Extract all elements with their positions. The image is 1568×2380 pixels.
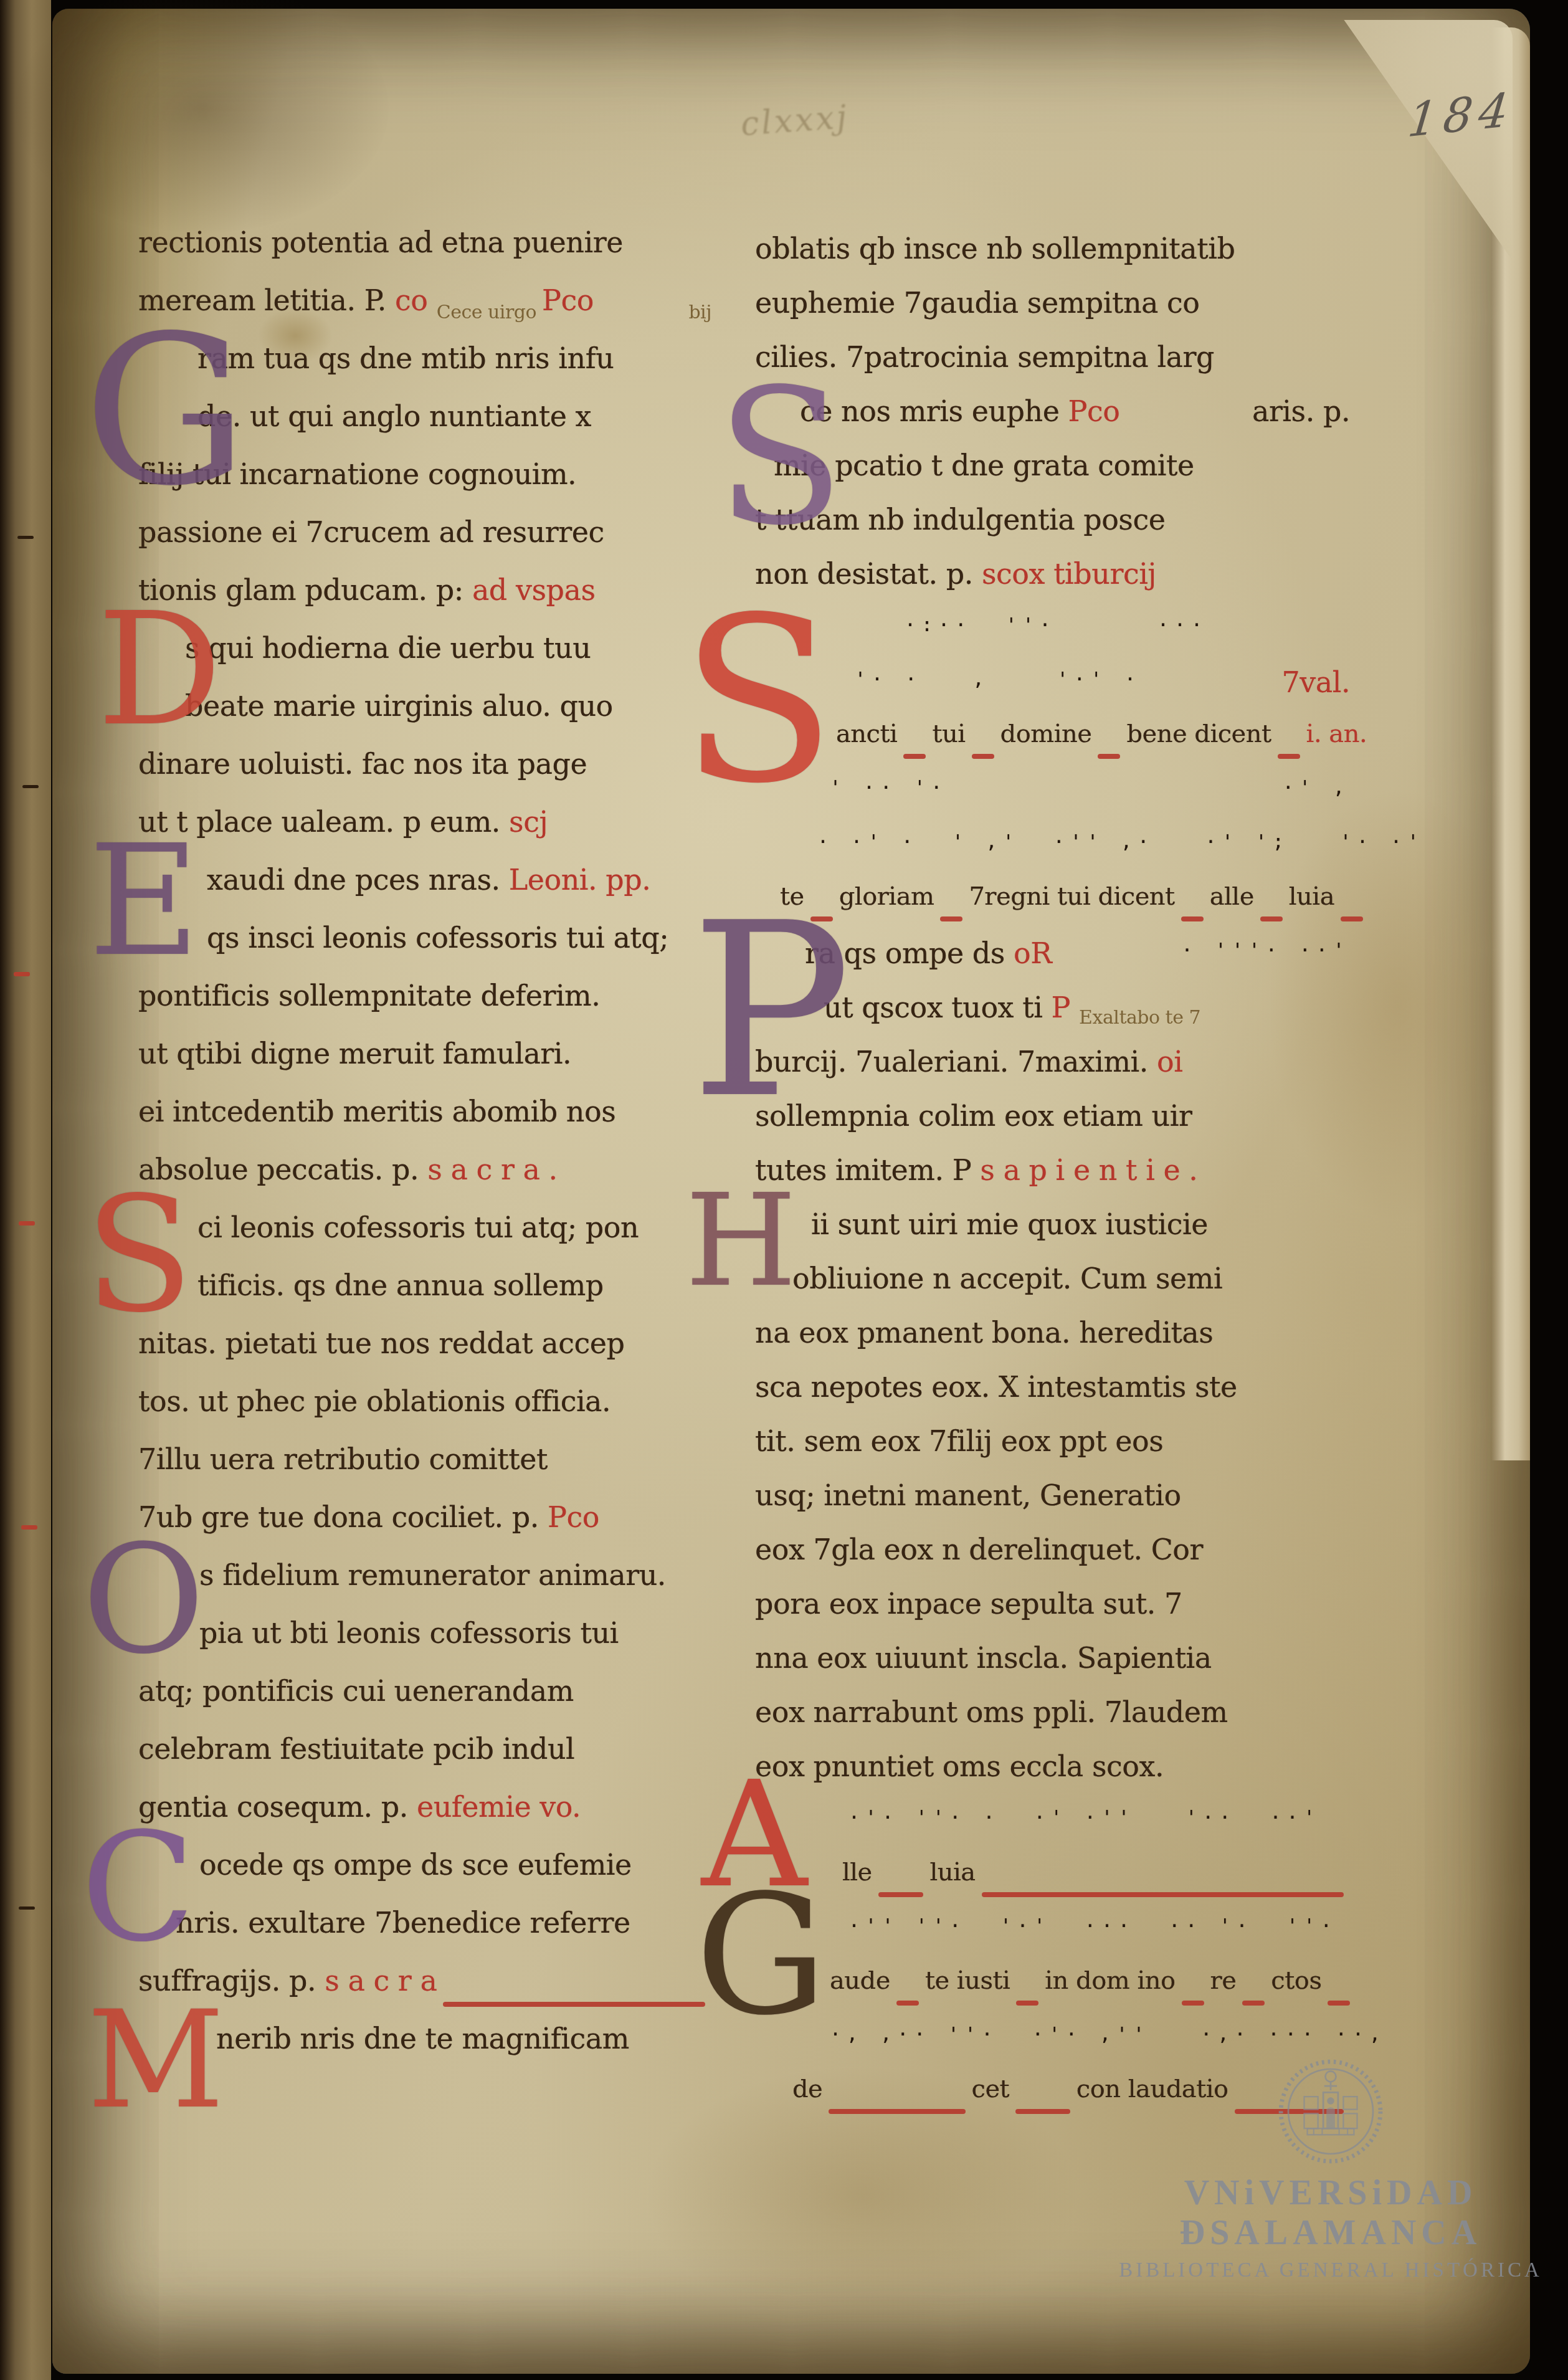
chant-extender-line: [896, 2001, 919, 2006]
manuscript-line: ' ·· '··' ,: [755, 774, 1350, 828]
facing-page-ink-mark: [19, 1906, 35, 1910]
chant-extender-line: [1016, 2001, 1038, 2006]
latin-text: in dom ino: [1045, 1966, 1175, 1995]
latin-text: eox 7gla eox n derelinquet. Cor: [755, 1533, 1203, 1566]
chant-extender-line: [1341, 916, 1363, 921]
rubric: P: [1052, 991, 1080, 1024]
rubric: Pco: [548, 1500, 599, 1534]
rubric: Pco: [542, 283, 594, 317]
latin-text: obliuione n accepit. Cum semi: [792, 1262, 1222, 1295]
manuscript-line: atq; pontificis cui uenerandam: [138, 1674, 711, 1732]
parchment-stain: [15, 0, 389, 233]
manuscript-line: '· · , '·' ·7val.: [755, 665, 1350, 720]
rubric: i. an.: [1306, 720, 1367, 748]
latin-text: nna eox uiuunt inscla. Sapientia: [755, 1641, 1212, 1675]
latin-text: ci leonis cofessoris tui atq; pon: [197, 1211, 639, 1244]
library-watermark: VNiVERSiDAD ĐSALAMANCA BIBLIOTECA GENERA…: [1119, 2059, 1542, 2282]
neume-row: ·'' ''· '·' ··· ·· '· ''·: [848, 1912, 1338, 1936]
manuscript-line: eox narrabunt oms ppli. 7laudem: [755, 1695, 1350, 1749]
university-seal-icon: [1278, 2059, 1384, 2164]
manuscript-line: tionis glam pducam. p: ad vspas: [138, 573, 711, 631]
latin-text: nitas. pietati tue nos reddat accep: [138, 1326, 624, 1360]
facing-page-ink-mark: [17, 536, 34, 539]
latin-text: ii sunt uiri mie quox iusticie: [811, 1207, 1208, 1241]
manuscript-line: ii sunt uiri mie quox iusticie: [755, 1207, 1350, 1262]
rubric: s a c r a: [325, 1964, 437, 1997]
latin-text: de: [792, 2075, 822, 2103]
manuscript-line: na eox pmanent bona. hereditas: [755, 1316, 1350, 1370]
latin-text: ei intcedentib meritis abomib nos: [138, 1095, 615, 1128]
manuscript-line: ci leonis cofessoris tui atq; pon: [138, 1211, 711, 1269]
latin-text: oblatis qb insce nb sollempnitatib: [755, 232, 1235, 265]
latin-text: domine: [1000, 720, 1092, 748]
manuscript-line: pontificis sollempnitate deferim.: [138, 979, 711, 1037]
latin-text: 7regni tui dicent: [969, 882, 1174, 911]
latin-text: aris. p.: [1252, 394, 1350, 428]
rubric: Pco: [1068, 394, 1119, 428]
manuscript-line: xaudi dne pces nras. Leoni. pp.: [138, 863, 711, 921]
latin-text: aude: [830, 1966, 890, 1995]
latin-text: xaudi dne pces nras.: [207, 863, 509, 897]
manuscript-line: audete iustiin dom inorectos: [755, 1966, 1350, 2021]
latin-text: euphemie 7gaudia sempitna co: [755, 286, 1200, 320]
manuscript-line: lleluia: [755, 1858, 1350, 1912]
rubric: ad vspas: [472, 573, 596, 607]
manuscript-line: absolue peccatis. p. s a c r a .: [138, 1153, 711, 1211]
rubric: Leoni. pp.: [509, 863, 651, 897]
latin-text: alle: [1210, 882, 1254, 911]
chant-extender-line: [810, 916, 833, 921]
manuscript-line: 7ub gre tue dona cociliet. p. Pco: [138, 1500, 711, 1558]
manuscript-line: tutes imitem. P s a p i e n t i e .: [755, 1153, 1350, 1207]
rubric: 7val.: [1281, 665, 1350, 699]
manuscript-line: dinare uoluisti. fac nos ita page: [138, 747, 711, 805]
manuscript-line: celebram festiuitate pcib indul: [138, 1732, 711, 1790]
latin-text: cet: [972, 2075, 1010, 2103]
latin-text: eox narrabunt oms ppli. 7laudem: [755, 1695, 1228, 1729]
latin-text: ctos: [1271, 1966, 1321, 1995]
manuscript-line: ·'' ''· '·' ··· ·· '· ''·: [755, 1912, 1350, 1966]
latin-text: celebram festiuitate pcib indul: [138, 1732, 574, 1766]
rubric: scox tiburcij: [982, 557, 1156, 591]
chant-extender-line: [1182, 2001, 1204, 2006]
chant-extender-line: [1015, 2109, 1070, 2114]
latin-text: ocede qs ompe ds sce eufemie: [199, 1848, 632, 1882]
text-column-left: GDESOCMrectionis potentia ad etna puenir…: [138, 226, 711, 2080]
illuminated-initial: P: [690, 903, 852, 1120]
illuminated-initial: O: [82, 1533, 205, 1667]
manuscript-page: clxxxj 184 GDESOCMrectionis potentia ad …: [52, 9, 1530, 2374]
rubric: oi: [1157, 1045, 1182, 1078]
latin-text: ram tua qs dne mtib nris infu: [197, 341, 614, 375]
latin-text: de. ut qui anglo nuntiante x: [197, 399, 591, 433]
neume-row: ·, ,·· ''· ·'· ,'' ·,· ··· ··,: [830, 2021, 1386, 2044]
latin-text: re: [1210, 1966, 1237, 1995]
manuscript-line: s fidelium remunerator animaru.: [138, 1558, 711, 1616]
illuminated-initial: E: [88, 833, 200, 971]
latin-text: pora eox inpace sepulta sut. 7: [755, 1587, 1182, 1621]
latin-text: tos. ut phec pie oblationis officia.: [138, 1384, 611, 1418]
manuscript-line: pora eox inpace sepulta sut. 7: [755, 1587, 1350, 1641]
manuscript-line: rectionis potentia ad etna puenire: [138, 226, 711, 283]
chant-extender-line: [1278, 754, 1300, 759]
rubric: s a c r a .: [427, 1153, 557, 1186]
latin-text: gloriam: [839, 882, 934, 911]
latin-text: rectionis potentia ad etna puenire: [138, 226, 623, 259]
chant-extender-line: [1328, 2001, 1350, 2006]
latin-text: tificis. qs dne annua sollemp: [197, 1269, 604, 1302]
latin-text: eox pnuntiet oms eccla scox.: [755, 1749, 1164, 1783]
neume-row: '· · , '·' ·: [855, 665, 1141, 689]
manuscript-line: ocede qs ompe ds sce eufemie: [138, 1848, 711, 1906]
manuscript-line: s qui hodierna die uerbu tuu: [138, 631, 711, 689]
text-column-right: SSPHAGoblatis qb insce nb sollempnitatib…: [755, 232, 1350, 2129]
rubric: eufemie vo.: [417, 1790, 581, 1824]
chant-extender-line: [1242, 2001, 1265, 2006]
illuminated-initial: G: [83, 319, 248, 504]
facing-page-red-mark: [19, 1221, 35, 1226]
latin-text: beate marie uirginis aluo. quo: [185, 689, 613, 723]
illuminated-initial: S: [85, 1184, 194, 1327]
spacer: [948, 774, 1282, 828]
manuscript-line: sca nepotes eox. X intestamtis ste: [755, 1370, 1350, 1424]
watermark-line-1: VNiVERSiDAD: [1119, 2173, 1542, 2213]
latin-text: nerib nris dne te magnificam: [216, 2022, 629, 2055]
manuscript-line: nna eox uiuunt inscla. Sapientia: [755, 1641, 1350, 1695]
chant-extender-line: [443, 2002, 705, 2007]
latin-text: na eox pmanent bona. hereditas: [755, 1316, 1213, 1349]
illuminated-initial: S: [680, 599, 836, 804]
latin-text: luia: [1289, 882, 1334, 911]
manuscript-line: nris. exultare 7benedice referre: [138, 1906, 711, 1964]
illuminated-initial: S: [716, 374, 845, 542]
chant-extender-line: [878, 1892, 924, 1897]
chant-extender-line: [829, 2109, 965, 2114]
latin-text: bene dicent: [1126, 720, 1271, 748]
latin-text: qs insci leonis cofessoris tui atq;: [207, 921, 668, 954]
latin-text: usq; inetni manent, Generatio: [755, 1478, 1181, 1512]
manuscript-line: pia ut bti leonis cofessoris tui: [138, 1616, 711, 1674]
manuscript-line: qs insci leonis cofessoris tui atq;: [138, 921, 711, 979]
manuscript-line: gentia cosequm. p. eufemie vo.: [138, 1790, 711, 1848]
manuscript-line: anctituidominebene dicenti. an.: [755, 720, 1350, 774]
manuscript-line: ut qtibi digne meruit famulari.: [138, 1037, 711, 1095]
manuscript-line: ·'· ''· · ·' ·'' '·· ··': [755, 1804, 1350, 1858]
spacer: [594, 283, 688, 341]
manuscript-photo: clxxxj 184 GDESOCMrectionis potentia ad …: [0, 0, 1568, 2380]
manuscript-line: tos. ut phec pie oblationis officia.: [138, 1384, 711, 1442]
neume-row: ·'· ''· · ·' ·'' '·· ··': [848, 1804, 1321, 1827]
latin-text: ut qscox tuox ti: [824, 991, 1052, 1024]
manuscript-line: ut t place ualeam. p eum. scj: [138, 805, 711, 863]
chant-extender-line: [1098, 754, 1120, 759]
rubric: oR: [1014, 936, 1052, 970]
facing-page-ink-mark: [22, 785, 39, 788]
latin-text: s qui hodierna die uerbu tuu: [185, 631, 591, 665]
manuscript-line: usq; inetni manent, Generatio: [755, 1478, 1350, 1533]
latin-text: tit. sem eox 7filij eox ppt eos: [755, 1424, 1163, 1458]
latin-text: pia ut bti leonis cofessoris tui: [199, 1616, 619, 1650]
rubric: scj: [509, 805, 548, 839]
chant-extender-line: [982, 1892, 1344, 1897]
illuminated-initial: G: [695, 1882, 827, 2030]
manuscript-line: ei intcedentib meritis abomib nos: [138, 1095, 711, 1153]
watermark-line-2: ĐSALAMANCA: [1119, 2213, 1542, 2253]
illuminated-initial: M: [87, 2000, 224, 2121]
manuscript-line: euphemie 7gaudia sempitna co: [755, 286, 1350, 340]
chant-extender-line: [940, 916, 962, 921]
manuscript-line: beate marie uirginis aluo. quo: [138, 689, 711, 747]
latin-text: nris. exultare 7benedice referre: [176, 1906, 630, 1940]
neume-row: ' ·· '·: [830, 774, 948, 797]
manuscript-line: tit. sem eox 7filij eox ppt eos: [755, 1424, 1350, 1478]
latin-text: pontificis sollempnitate deferim.: [138, 979, 600, 1012]
manuscript-line: eox 7gla eox n derelinquet. Cor: [755, 1533, 1350, 1587]
latin-text: lle: [842, 1858, 872, 1887]
neume-row: ·' ,: [1283, 774, 1350, 797]
manuscript-line: tificis. qs dne annua sollemp: [138, 1269, 711, 1326]
chant-extender-line: [972, 754, 994, 759]
facing-page-edge: [0, 0, 51, 2380]
folio-inscription: clxxxj: [739, 98, 850, 143]
facing-page-red-mark: [21, 1525, 37, 1530]
latin-text: sca nepotes eox. X intestamtis ste: [755, 1370, 1237, 1404]
manuscript-line: 7illu uera retributio comittet: [138, 1442, 711, 1500]
marginal-annotation: bij: [688, 302, 711, 323]
latin-text: te iusti: [925, 1966, 1010, 1995]
rubric: co: [395, 283, 437, 317]
chant-extender-line: [1260, 916, 1283, 921]
latin-text: s fidelium remunerator animaru.: [199, 1558, 666, 1592]
neume-row: · ·' · ' ,' ·'' ,· ·' '; '· ·': [817, 828, 1424, 852]
marginal-annotation: Exaltabo te 7: [1079, 1007, 1200, 1029]
latin-text: ancti: [836, 720, 897, 748]
illuminated-initial: H: [685, 1184, 797, 1299]
spacer: [1052, 936, 1181, 991]
spacer: [1119, 394, 1252, 449]
chant-extender-line: [903, 754, 926, 759]
spacer: [1141, 665, 1281, 720]
watermark-line-3: BIBLIOTECA GENERAL HISTÓRICA: [1119, 2259, 1542, 2282]
manuscript-line: oblatis qb insce nb sollempnitatib: [755, 232, 1350, 286]
latin-text: luia: [929, 1858, 975, 1887]
latin-text: 7illu uera retributio comittet: [138, 1442, 548, 1476]
latin-text: ut qtibi digne meruit famulari.: [138, 1037, 571, 1070]
manuscript-line: obliuione n accepit. Cum semi: [755, 1262, 1350, 1316]
rubric: s a p i e n t i e .: [980, 1153, 1197, 1187]
latin-text: tui: [932, 720, 965, 748]
manuscript-line: ·:·· ''· ···: [755, 611, 1350, 665]
illuminated-initial: C: [81, 1821, 196, 1955]
illuminated-initial: D: [97, 599, 222, 740]
manuscript-line: nitas. pietati tue nos reddat accep: [138, 1326, 711, 1384]
neume-row: ·:·· ''· ···: [905, 611, 1208, 635]
chant-extender-line: [1181, 916, 1204, 921]
facing-page-red-mark: [14, 972, 30, 976]
neume-row: · '''· ··': [1181, 936, 1350, 960]
manuscript-line: eox pnuntiet oms eccla scox.: [755, 1749, 1350, 1804]
marginal-annotation: Cece uirgo: [437, 302, 542, 323]
